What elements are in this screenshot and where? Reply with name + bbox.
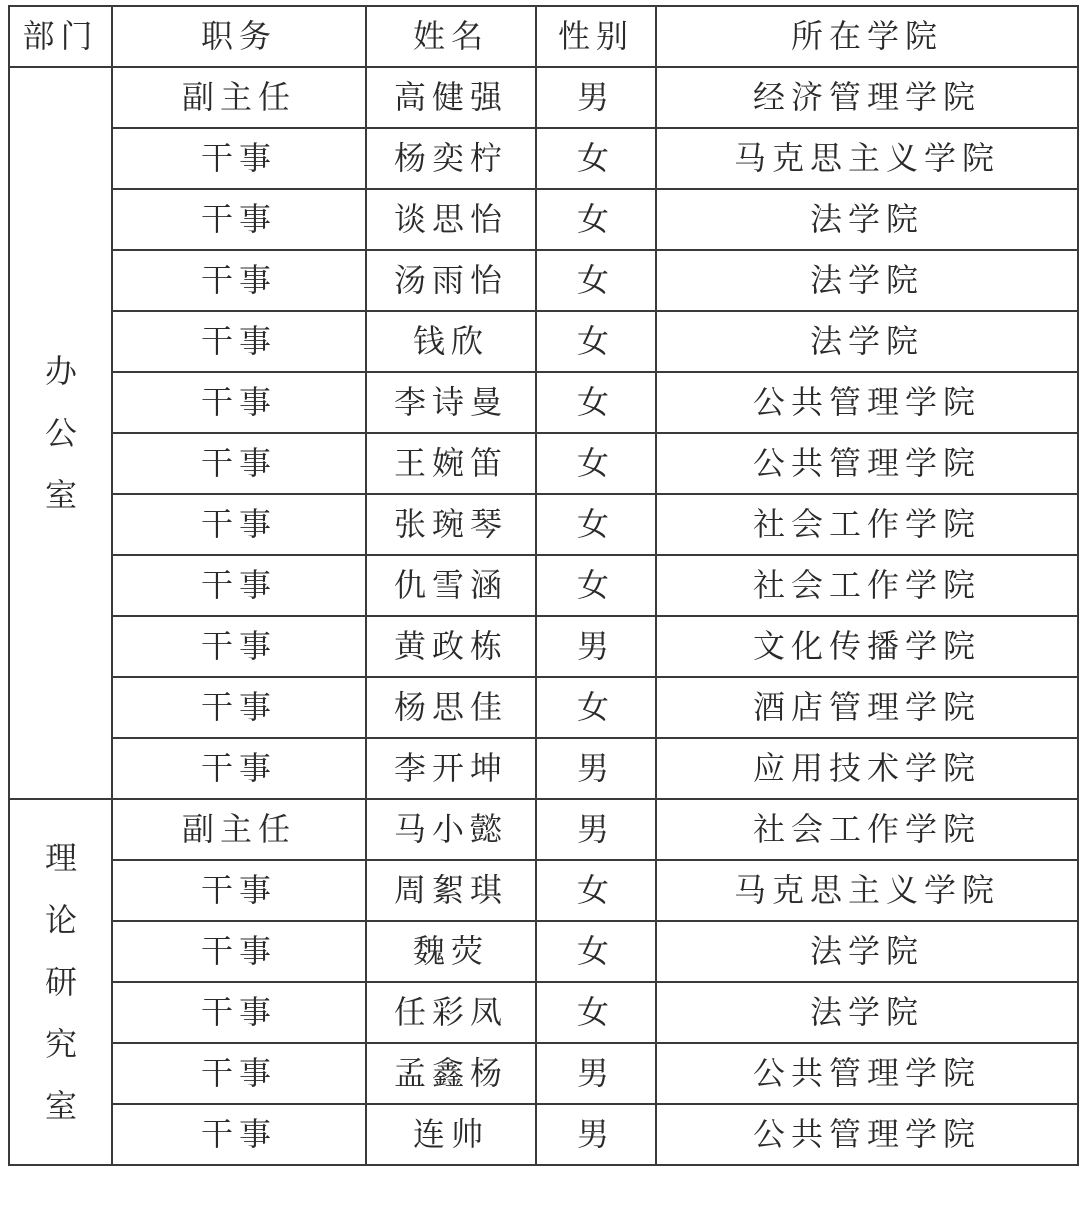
college-cell: 公共管理学院 (656, 372, 1078, 433)
name-cell: 高健强 (366, 67, 536, 128)
name-cell: 任彩凤 (366, 982, 536, 1043)
position-cell: 干事 (112, 921, 366, 982)
college-cell: 法学院 (656, 982, 1078, 1043)
gender-cell: 男 (536, 1104, 656, 1165)
position-cell: 干事 (112, 555, 366, 616)
gender-cell: 男 (536, 1043, 656, 1104)
table-row: 干事 李诗曼 女 公共管理学院 (9, 372, 1078, 433)
name-cell: 仇雪涵 (366, 555, 536, 616)
college-cell: 法学院 (656, 311, 1078, 372)
name-cell: 李开坤 (366, 738, 536, 799)
position-cell: 干事 (112, 1043, 366, 1104)
position-cell: 干事 (112, 372, 366, 433)
table-row: 干事 杨思佳 女 酒店管理学院 (9, 677, 1078, 738)
gender-cell: 女 (536, 982, 656, 1043)
college-cell: 经济管理学院 (656, 67, 1078, 128)
document-page: 部门 职务 姓名 性别 所在学院 办公室 副主任 高健强 男 经济管理学院 干事… (0, 0, 1080, 1222)
table-row: 干事 周絮琪 女 马克思主义学院 (9, 860, 1078, 921)
header-name: 姓名 (366, 6, 536, 67)
gender-cell: 女 (536, 921, 656, 982)
college-cell: 公共管理学院 (656, 433, 1078, 494)
gender-cell: 女 (536, 677, 656, 738)
table-row: 干事 仇雪涵 女 社会工作学院 (9, 555, 1078, 616)
table-row: 干事 王婉笛 女 公共管理学院 (9, 433, 1078, 494)
table-row: 干事 魏荧 女 法学院 (9, 921, 1078, 982)
name-cell: 杨思佳 (366, 677, 536, 738)
name-cell: 孟鑫杨 (366, 1043, 536, 1104)
name-cell: 周絮琪 (366, 860, 536, 921)
position-cell: 干事 (112, 311, 366, 372)
college-cell: 酒店管理学院 (656, 677, 1078, 738)
table-row: 办公室 副主任 高健强 男 经济管理学院 (9, 67, 1078, 128)
name-cell: 魏荧 (366, 921, 536, 982)
name-cell: 李诗曼 (366, 372, 536, 433)
position-cell: 干事 (112, 250, 366, 311)
department-cell-theory-research: 理论研究室 (9, 799, 112, 1165)
college-cell: 法学院 (656, 921, 1078, 982)
table-row: 干事 李开坤 男 应用技术学院 (9, 738, 1078, 799)
name-cell: 马小懿 (366, 799, 536, 860)
college-cell: 法学院 (656, 250, 1078, 311)
college-cell: 法学院 (656, 189, 1078, 250)
table-header-row: 部门 职务 姓名 性别 所在学院 (9, 6, 1078, 67)
gender-cell: 女 (536, 494, 656, 555)
position-cell: 副主任 (112, 67, 366, 128)
name-cell: 汤雨怡 (366, 250, 536, 311)
department-label: 办公室 (28, 340, 100, 526)
gender-cell: 女 (536, 860, 656, 921)
header-gender: 性别 (536, 6, 656, 67)
position-cell: 干事 (112, 433, 366, 494)
college-cell: 公共管理学院 (656, 1043, 1078, 1104)
name-cell: 钱欣 (366, 311, 536, 372)
gender-cell: 男 (536, 738, 656, 799)
position-cell: 副主任 (112, 799, 366, 860)
header-college: 所在学院 (656, 6, 1078, 67)
college-cell: 社会工作学院 (656, 799, 1078, 860)
college-cell: 马克思主义学院 (656, 860, 1078, 921)
position-cell: 干事 (112, 128, 366, 189)
position-cell: 干事 (112, 494, 366, 555)
position-cell: 干事 (112, 738, 366, 799)
name-cell: 杨奕柠 (366, 128, 536, 189)
name-cell: 张琬琴 (366, 494, 536, 555)
gender-cell: 女 (536, 372, 656, 433)
table-row: 干事 杨奕柠 女 马克思主义学院 (9, 128, 1078, 189)
name-cell: 谈思怡 (366, 189, 536, 250)
position-cell: 干事 (112, 616, 366, 677)
table-row: 干事 连帅 男 公共管理学院 (9, 1104, 1078, 1165)
college-cell: 社会工作学院 (656, 494, 1078, 555)
college-cell: 社会工作学院 (656, 555, 1078, 616)
name-cell: 王婉笛 (366, 433, 536, 494)
position-cell: 干事 (112, 1104, 366, 1165)
college-cell: 马克思主义学院 (656, 128, 1078, 189)
table-row: 干事 黄政栋 男 文化传播学院 (9, 616, 1078, 677)
table-row: 干事 汤雨怡 女 法学院 (9, 250, 1078, 311)
gender-cell: 女 (536, 250, 656, 311)
college-cell: 应用技术学院 (656, 738, 1078, 799)
table-row: 干事 钱欣 女 法学院 (9, 311, 1078, 372)
department-label: 理论研究室 (28, 827, 100, 1137)
department-cell-office: 办公室 (9, 67, 112, 799)
gender-cell: 女 (536, 189, 656, 250)
position-cell: 干事 (112, 982, 366, 1043)
header-department: 部门 (9, 6, 112, 67)
staff-roster-table: 部门 职务 姓名 性别 所在学院 办公室 副主任 高健强 男 经济管理学院 干事… (8, 5, 1079, 1166)
college-cell: 文化传播学院 (656, 616, 1078, 677)
position-cell: 干事 (112, 860, 366, 921)
gender-cell: 女 (536, 311, 656, 372)
gender-cell: 男 (536, 67, 656, 128)
table-row: 干事 张琬琴 女 社会工作学院 (9, 494, 1078, 555)
gender-cell: 女 (536, 555, 656, 616)
gender-cell: 男 (536, 616, 656, 677)
gender-cell: 女 (536, 433, 656, 494)
table-row: 干事 谈思怡 女 法学院 (9, 189, 1078, 250)
college-cell: 公共管理学院 (656, 1104, 1078, 1165)
table-row: 干事 孟鑫杨 男 公共管理学院 (9, 1043, 1078, 1104)
table-row: 理论研究室 副主任 马小懿 男 社会工作学院 (9, 799, 1078, 860)
gender-cell: 女 (536, 128, 656, 189)
table-row: 干事 任彩凤 女 法学院 (9, 982, 1078, 1043)
name-cell: 连帅 (366, 1104, 536, 1165)
header-position: 职务 (112, 6, 366, 67)
position-cell: 干事 (112, 189, 366, 250)
position-cell: 干事 (112, 677, 366, 738)
gender-cell: 男 (536, 799, 656, 860)
name-cell: 黄政栋 (366, 616, 536, 677)
